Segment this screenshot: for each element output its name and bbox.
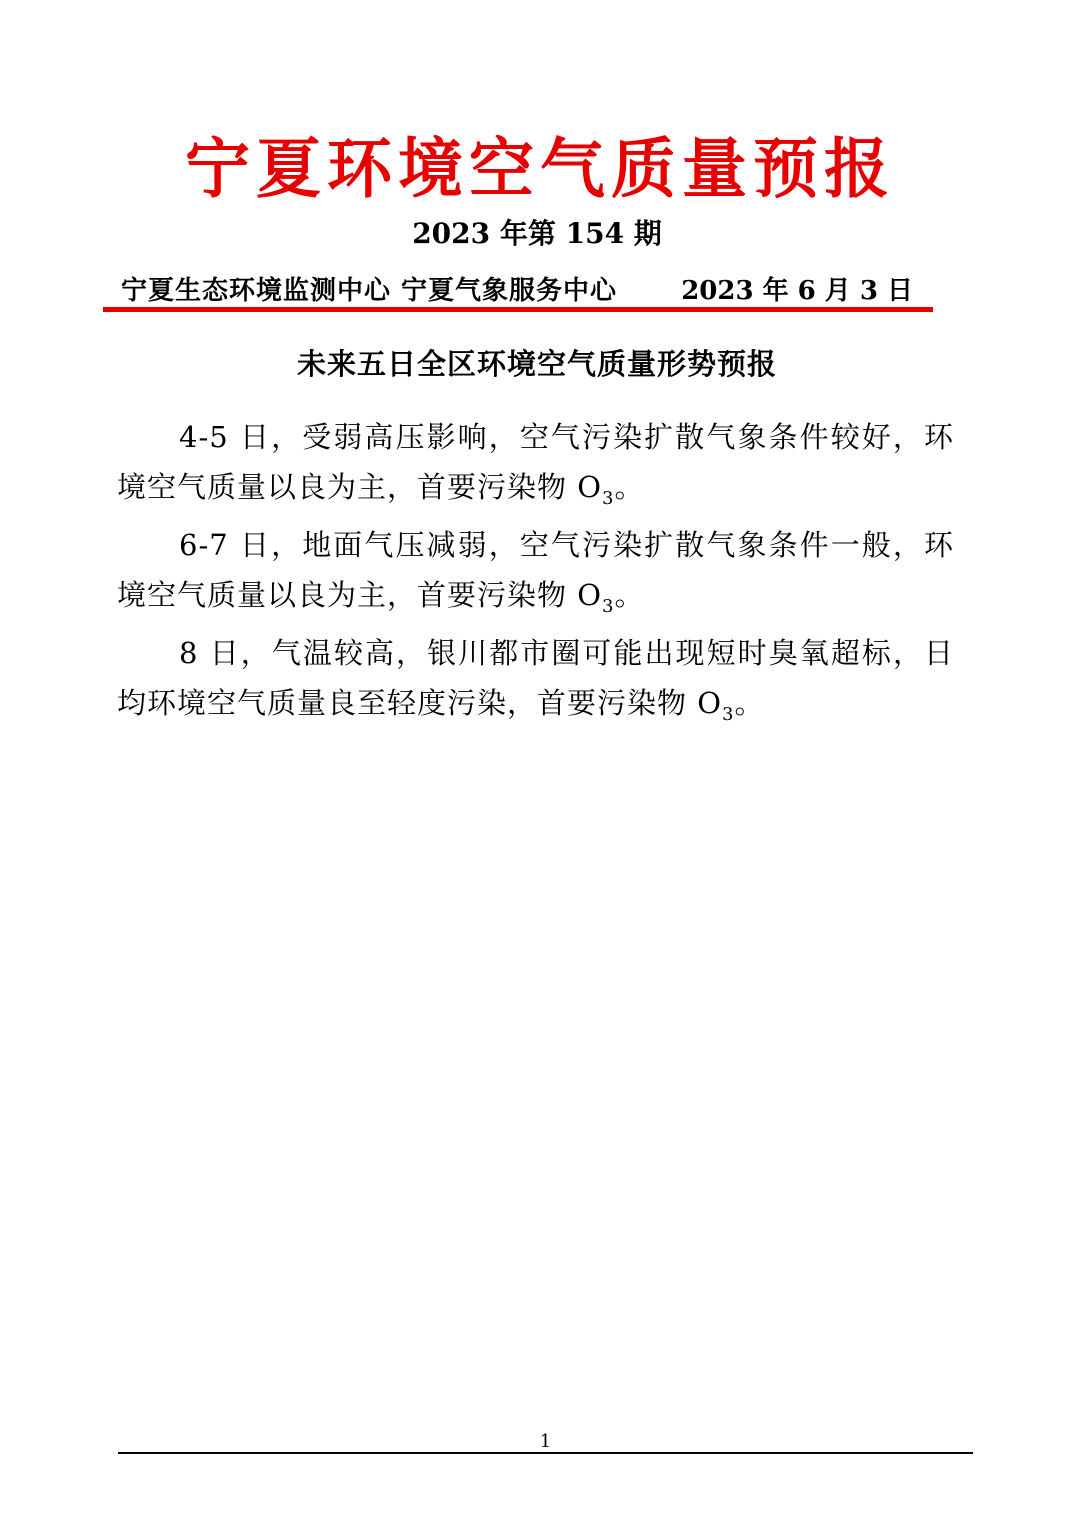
- red-divider-line: [103, 307, 933, 312]
- issue-number: 2023 年第 154 期: [0, 219, 1074, 249]
- forecast-body: 4-5 日，受弱高压影响，空气污染扩散气象条件较好，环境空气质量以良为主，首要污…: [117, 412, 954, 728]
- section-title: 未来五日全区环境空气质量形势预报: [0, 348, 1074, 380]
- page-footer: 1: [118, 1432, 973, 1454]
- forecast-paragraph-day8: 8 日，气温较高，银川都市圈可能出现短时臭氧超标，日均环境空气质量良至轻度污染，…: [117, 628, 954, 728]
- forecast-paragraph-day6-7: 6-7 日，地面气压减弱，空气污染扩散气象条件一般，环境空气质量以良为主，首要污…: [117, 520, 954, 620]
- document-title: 宁夏环境空气质量预报: [0, 133, 1074, 205]
- forecast-paragraph-day4-5: 4-5 日，受弱高压影响，空气污染扩散气象条件较好，环境空气质量以良为主，首要污…: [117, 412, 954, 512]
- footer-divider-line: [118, 1452, 973, 1454]
- masthead-row: 宁夏生态环境监测中心 宁夏气象服务中心 2023 年 6 月 3 日: [121, 277, 913, 305]
- page-number: 1: [118, 1432, 973, 1452]
- issuing-organizations: 宁夏生态环境监测中心 宁夏气象服务中心: [121, 277, 617, 305]
- document-page: 宁夏环境空气质量预报 2023 年第 154 期 宁夏生态环境监测中心 宁夏气象…: [0, 0, 1074, 1520]
- issue-date: 2023 年 6 月 3 日: [681, 277, 913, 305]
